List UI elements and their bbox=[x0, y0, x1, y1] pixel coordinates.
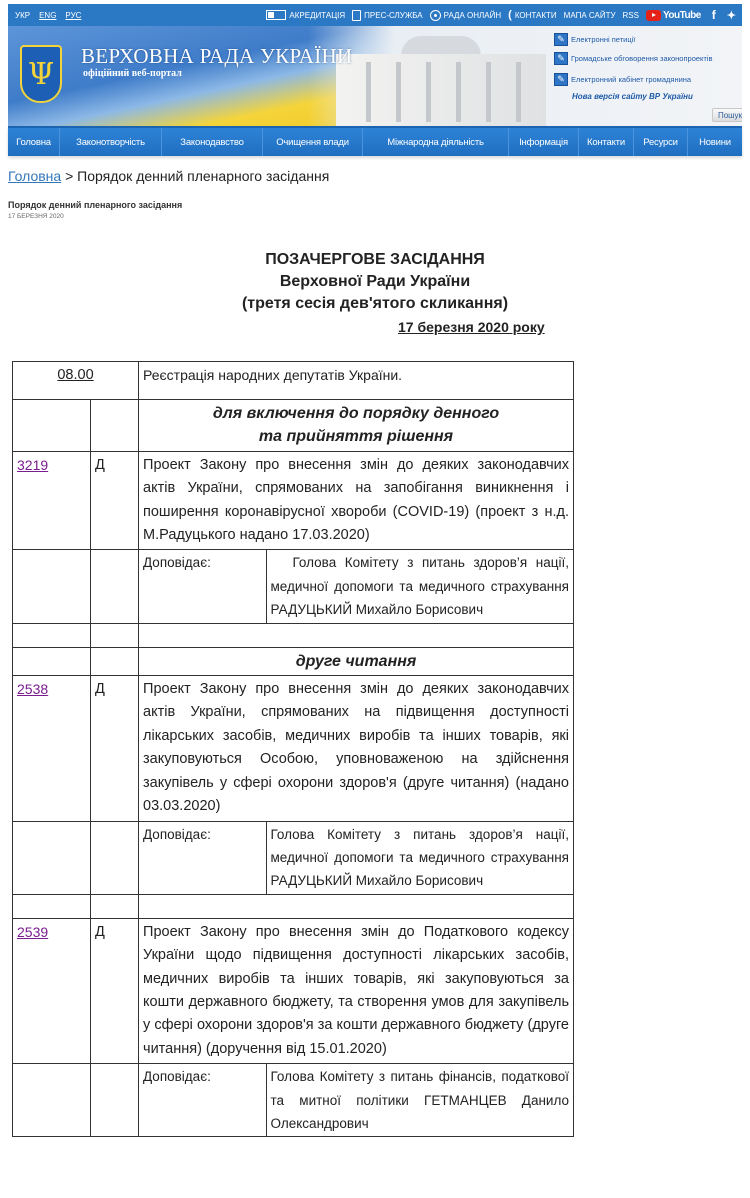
bill-number-link[interactable]: 2539 bbox=[17, 924, 48, 940]
nav-international[interactable]: Міжнародна діяльність bbox=[363, 128, 509, 156]
spacer-row bbox=[13, 894, 574, 918]
section-heading-line2: та прийняття рішення bbox=[143, 425, 569, 448]
document-heading: ПОЗАЧЕРГОВЕ ЗАСІДАННЯ Верховної Ради Укр… bbox=[200, 249, 550, 315]
reporter-label: Доповідає: bbox=[139, 550, 266, 622]
reporter-name: Голова Комітету з питань фінансів, подат… bbox=[266, 1064, 573, 1136]
reporter-row: Доповідає: Голова Комітету з питань здор… bbox=[13, 550, 574, 623]
document-title: ПОЗАЧЕРГОВЕ ЗАСІДАННЯ bbox=[200, 249, 550, 271]
top-links: АКРЕДИТАЦІЯ ПРЕС-СЛУЖБА РАДА ОНЛАЙН ( КО… bbox=[266, 4, 736, 26]
accreditation-label: АКРЕДИТАЦІЯ bbox=[289, 11, 345, 20]
breadcrumb-separator: > bbox=[65, 168, 73, 184]
agenda-table: 08.00 Реєстрація народних депутатів Укра… bbox=[12, 361, 574, 1137]
reporter-name: Голова Комітету з питань здоров’я нації,… bbox=[266, 822, 573, 894]
bill-type: Д bbox=[91, 918, 139, 1063]
site-banner: Ψ ВЕРХОВНА РАДА УКРАЇНИ офіційний веб-по… bbox=[8, 26, 742, 126]
bill-description: Проект Закону про внесення змін до Подат… bbox=[139, 918, 574, 1063]
reporter-label: Доповідає: bbox=[139, 1064, 266, 1136]
document-icon bbox=[352, 10, 361, 21]
bill-description: Проект Закону про внесення змін до деяки… bbox=[139, 676, 574, 821]
youtube-link[interactable]: YouTube bbox=[646, 10, 701, 21]
parliament-building-image bbox=[326, 36, 556, 126]
coat-of-arms-logo[interactable]: Ψ bbox=[20, 45, 62, 103]
registration-time: 08.00 bbox=[13, 362, 139, 400]
language-switcher: УКР ENG РУС bbox=[8, 11, 81, 20]
pencil-edit-icon: ✎ bbox=[554, 33, 568, 46]
table-row: 3219 Д Проект Закону про внесення змін д… bbox=[13, 451, 574, 550]
site-title[interactable]: ВЕРХОВНА РАДА УКРАЇНИ bbox=[81, 44, 352, 69]
nav-contacts[interactable]: Контакти bbox=[579, 128, 634, 156]
document-subtitle: Верховної Ради України bbox=[200, 271, 550, 293]
search-button[interactable]: Пошук bbox=[712, 108, 742, 122]
id-card-icon bbox=[266, 10, 286, 20]
breadcrumb: Головна > Порядок денний пленарного засі… bbox=[8, 168, 329, 184]
bill-number-link[interactable]: 2538 bbox=[17, 681, 48, 697]
youtube-label: YouTube bbox=[663, 10, 701, 21]
public-discussion-label: Громадське обговорення законопроектів bbox=[571, 54, 713, 63]
lang-ukr[interactable]: УКР bbox=[15, 11, 30, 20]
e-services-links: ✎ Електронні петиції ✎ Громадське обгово… bbox=[554, 32, 713, 91]
section-heading-line1: для включення до порядку денного bbox=[143, 402, 569, 425]
section-heading: друге читання bbox=[139, 647, 574, 675]
rada-online-link[interactable]: РАДА ОНЛАЙН bbox=[430, 10, 502, 21]
new-version-link[interactable]: Нова версія сайту ВР України bbox=[572, 92, 693, 101]
breadcrumb-home-link[interactable]: Головна bbox=[8, 168, 61, 184]
phone-icon: ( bbox=[508, 9, 512, 21]
youtube-icon bbox=[646, 10, 661, 21]
reporter-name: Голова Комітету з питань здоров’я нації,… bbox=[266, 550, 573, 622]
registration-row: 08.00 Реєстрація народних депутатів Укра… bbox=[13, 362, 574, 400]
reporter-row: Доповідає: Голова Комітету з питань здор… bbox=[13, 821, 574, 894]
e-petitions-link[interactable]: ✎ Електронні петиції bbox=[554, 32, 713, 46]
document-date: 17 березня 2020 року bbox=[398, 319, 545, 335]
nav-information[interactable]: Інформація bbox=[509, 128, 579, 156]
press-service-link[interactable]: ПРЕС-СЛУЖБА bbox=[352, 10, 423, 21]
nav-news[interactable]: Новини bbox=[688, 128, 742, 156]
site-subtitle: офіційний веб-портал bbox=[83, 68, 182, 79]
citizen-cabinet-link[interactable]: ✎ Електронний кабінет громадянина bbox=[554, 72, 713, 86]
section-heading: для включення до порядку денного та прий… bbox=[139, 400, 574, 452]
twitter-icon[interactable]: ✦ bbox=[727, 9, 736, 22]
section-row: для включення до порядку денного та прий… bbox=[13, 400, 574, 452]
top-bar: УКР ENG РУС АКРЕДИТАЦІЯ ПРЕС-СЛУЖБА РАДА… bbox=[8, 4, 742, 26]
rss-link[interactable]: RSS bbox=[623, 11, 639, 20]
citizen-cabinet-label: Електронний кабінет громадянина bbox=[571, 75, 691, 84]
pencil-edit-icon: ✎ bbox=[554, 73, 568, 86]
facebook-icon[interactable]: f bbox=[712, 8, 716, 22]
broadcast-icon bbox=[430, 10, 441, 21]
contacts-link[interactable]: ( КОНТАКТИ bbox=[508, 9, 557, 21]
page-date: 17 БЕРЕЗНЯ 2020 bbox=[8, 213, 64, 220]
table-row: 2539 Д Проект Закону про внесення змін д… bbox=[13, 918, 574, 1063]
contacts-label: КОНТАКТИ bbox=[515, 11, 557, 20]
e-petitions-label: Електронні петиції bbox=[571, 35, 635, 44]
sitemap-link[interactable]: МАПА САЙТУ bbox=[564, 11, 616, 20]
sitemap-label: МАПА САЙТУ bbox=[564, 11, 616, 20]
document-session: (третя сесія дев'ятого скликання) bbox=[200, 293, 550, 315]
table-row: 2538 Д Проект Закону про внесення змін д… bbox=[13, 676, 574, 821]
reporter-row: Доповідає: Голова Комітету з питань фіна… bbox=[13, 1064, 574, 1137]
section-row: друге читання bbox=[13, 647, 574, 675]
breadcrumb-current: Порядок денний пленарного засідання bbox=[77, 168, 329, 184]
lang-eng[interactable]: ENG bbox=[39, 11, 56, 20]
bill-type: Д bbox=[91, 451, 139, 550]
nav-legislation[interactable]: Законодавство bbox=[162, 128, 263, 156]
press-service-label: ПРЕС-СЛУЖБА bbox=[364, 11, 423, 20]
main-nav: Головна Законотворчість Законодавство Оч… bbox=[8, 126, 742, 156]
public-discussion-link[interactable]: ✎ Громадське обговорення законопроектів bbox=[554, 51, 713, 65]
bill-number-link[interactable]: 3219 bbox=[17, 457, 48, 473]
nav-resources[interactable]: Ресурси bbox=[634, 128, 688, 156]
lang-rus[interactable]: РУС bbox=[65, 11, 81, 20]
spacer-row bbox=[13, 623, 574, 647]
bill-type: Д bbox=[91, 676, 139, 821]
pencil-edit-icon: ✎ bbox=[554, 52, 568, 65]
registration-text: Реєстрація народних депутатів України. bbox=[139, 362, 574, 400]
bill-description: Проект Закону про внесення змін до деяки… bbox=[139, 451, 574, 550]
nav-home[interactable]: Головна bbox=[8, 128, 60, 156]
accreditation-link[interactable]: АКРЕДИТАЦІЯ bbox=[266, 10, 345, 20]
rss-label: RSS bbox=[623, 11, 639, 20]
reporter-label: Доповідає: bbox=[139, 822, 266, 894]
rada-online-label: РАДА ОНЛАЙН bbox=[444, 11, 502, 20]
nav-lustration[interactable]: Очищення влади bbox=[263, 128, 363, 156]
nav-lawmaking[interactable]: Законотворчість bbox=[60, 128, 162, 156]
page-title: Порядок денний пленарного засідання bbox=[8, 200, 182, 210]
